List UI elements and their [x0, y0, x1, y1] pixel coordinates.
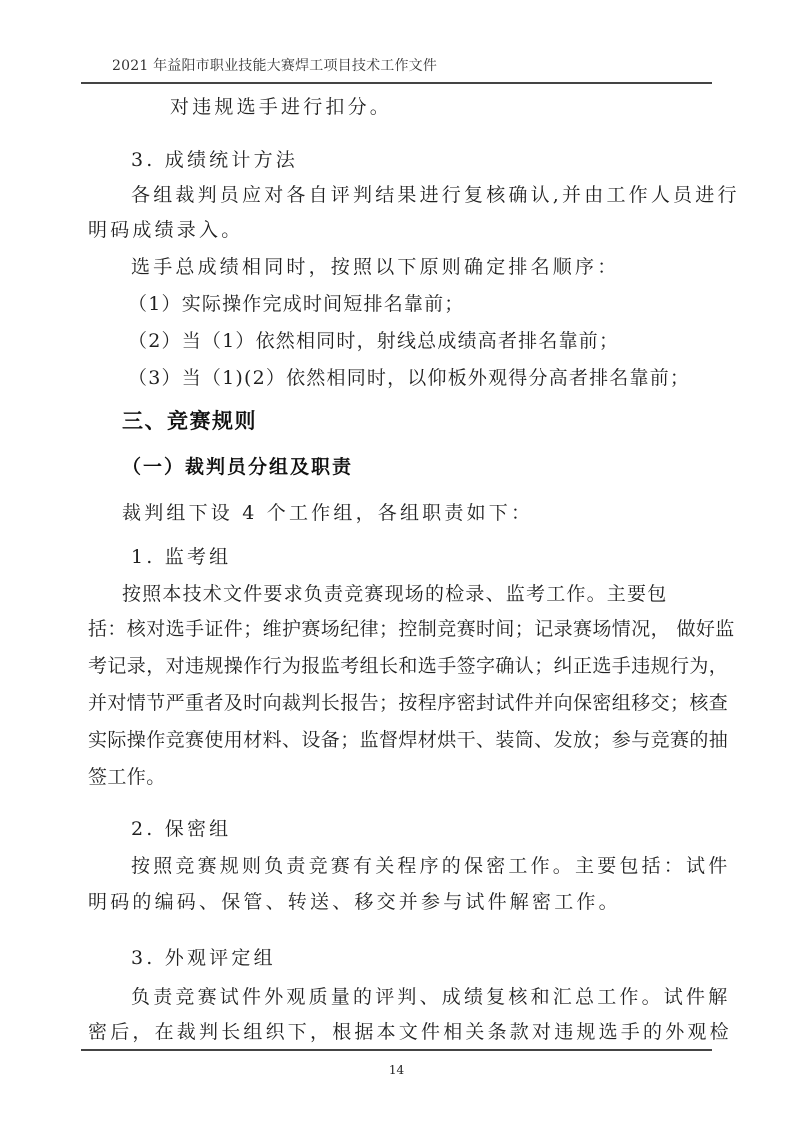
paragraph-line: 括：核对选手证件；维护赛场纪律；控制竞赛时间；记录赛场情况， 做好监 [88, 614, 735, 641]
list-item: （3）当（1)(2）依然相同时，以仰板外观得分高者排名靠前； [128, 363, 690, 390]
item-heading-security-group: 2. 保密组 [131, 814, 231, 841]
paragraph-line: 并对情节严重者及时向裁判长报告；按程序密封试件并向保密组移交；核查 [88, 688, 728, 715]
page-number: 14 [0, 1063, 793, 1077]
paragraph-line: 选手总成绩相同时，按照以下原则确定排名顺序： [131, 252, 619, 279]
paragraph-line: 各组裁判员应对各自评判结果进行复核确认,并由工作人员进行 [131, 180, 740, 207]
item-heading-appearance-group: 3. 外观评定组 [131, 943, 276, 970]
running-header: 2021 年益阳市职业技能大赛焊工项目技术工作文件 [112, 55, 437, 75]
paragraph-line: 签工作。 [88, 762, 166, 789]
paragraph-line: 裁判组下设 4 个工作组，各组职责如下： [122, 498, 533, 525]
section-heading-competition-rules: 三、竞赛规则 [122, 405, 257, 435]
paragraph-line: 实际操作竞赛使用材料、设备；监督焊材烘干、装筒、发放；参与竞赛的抽 [88, 725, 728, 752]
header-divider [81, 82, 712, 84]
list-item: （1）实际操作完成时间短排名靠前； [128, 289, 465, 316]
paragraph-line: 考记录，对违规操作行为报监考组长和选手签字确认；纠正选手违规行为， [88, 651, 728, 678]
paragraph-continuation: 对违规选手进行扣分。 [170, 92, 392, 119]
subsection-heading-score-method: 3. 成绩统计方法 [131, 145, 298, 172]
list-item: （2）当（1）依然相同时，射线总成绩高者排名靠前； [128, 326, 619, 353]
item-heading-proctor-group: 1. 监考组 [131, 542, 231, 569]
paragraph-line: 按照竞赛规则负责竞赛有关程序的保密工作。主要包括：试件 [131, 851, 730, 878]
paragraph-line: 密后，在裁判长组织下，根据本文件相关条款对违规选手的外观检 [88, 1017, 732, 1044]
paragraph-line: 按照本技术文件要求负责竞赛现场的检录、监考工作。主要包 [122, 579, 667, 606]
paragraph-line: 明码的编码、保管、转送、移交并参与试件解密工作。 [88, 887, 621, 914]
subsection-heading-referee-groups: （一）裁判员分组及职责 [122, 452, 353, 479]
paragraph-line: 明码成绩录入。 [88, 215, 243, 242]
paragraph-line: 负责竞赛试件外观质量的评判、成绩复核和汇总工作。试件解 [131, 982, 730, 1009]
footer-divider [81, 1049, 712, 1051]
